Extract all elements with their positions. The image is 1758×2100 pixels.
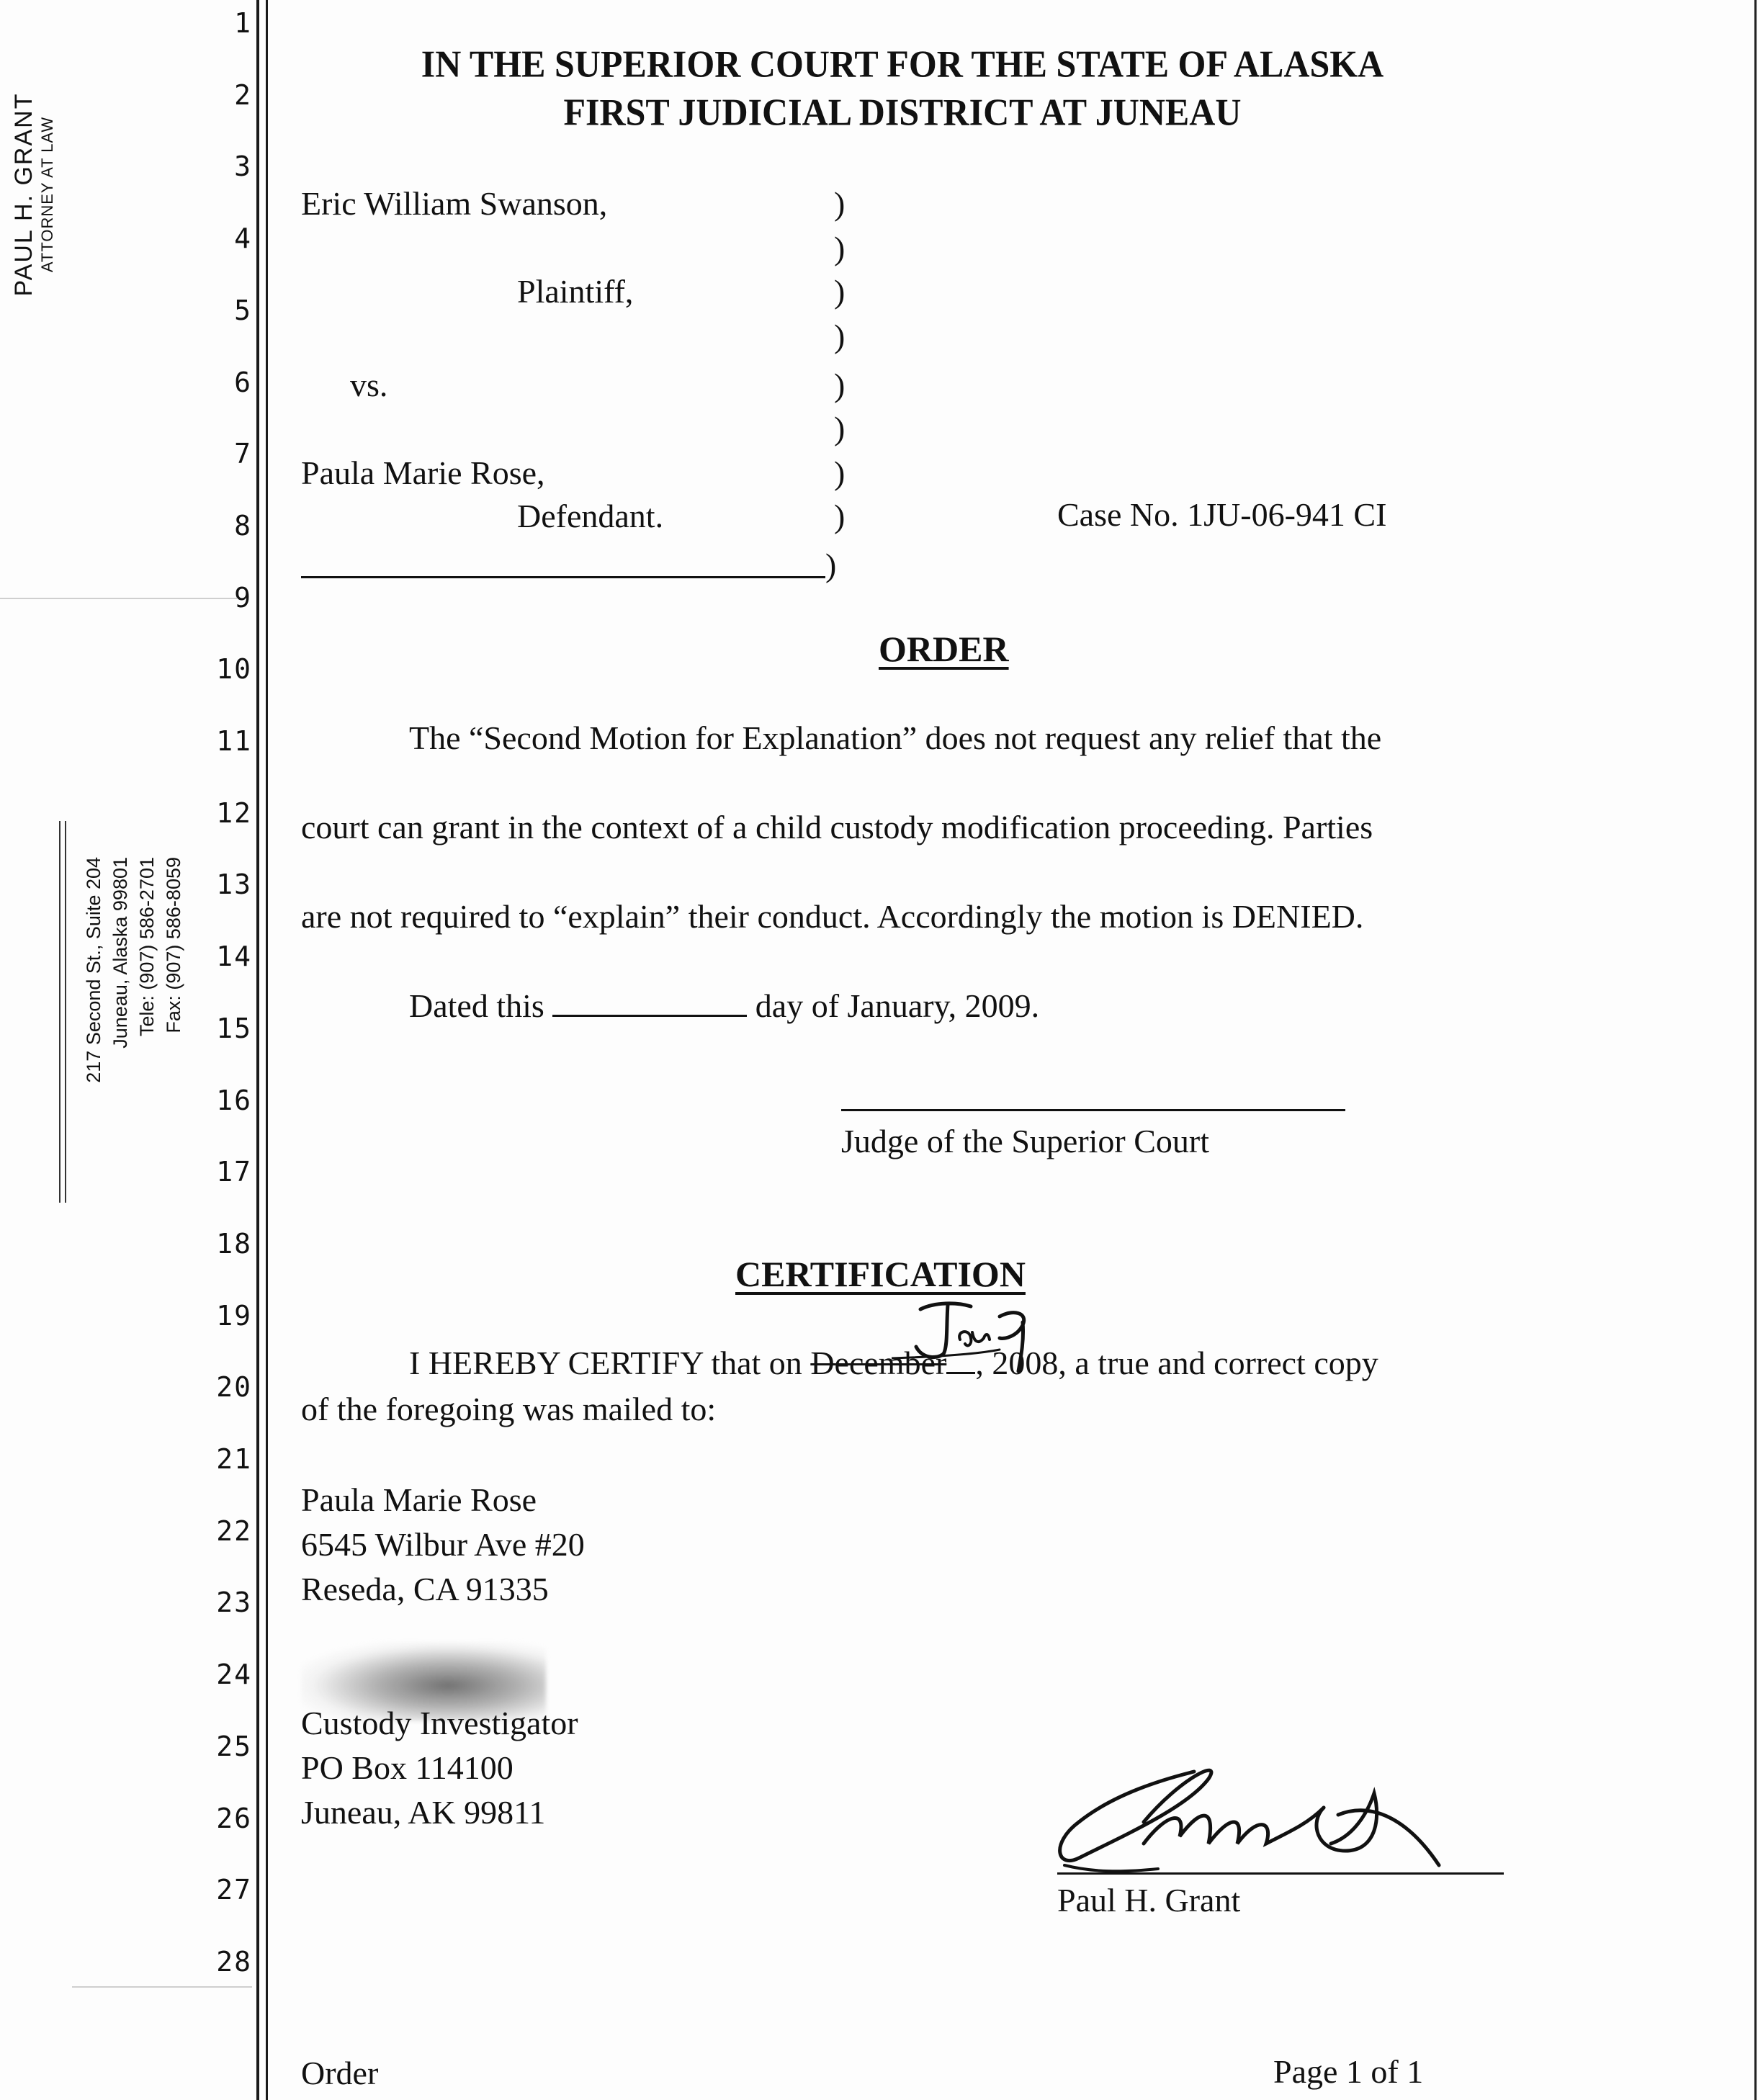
line-number: 4: [234, 223, 252, 254]
defendant-label: Defendant.: [517, 497, 663, 536]
line-number: 25: [216, 1731, 252, 1762]
court-title-line1: IN THE SUPERIOR COURT FOR THE STATE OF A…: [373, 40, 1432, 88]
plaintiff-name: Eric William Swanson,: [301, 184, 607, 223]
order-paragraph-line: The “Second Motion for Explanation” does…: [409, 719, 1381, 758]
order-heading: ORDER: [879, 628, 1009, 670]
versus: vs.: [350, 366, 387, 405]
fax-line: Fax: (907) 586-8059: [161, 857, 187, 1195]
caption-paren: ): [834, 184, 845, 223]
caption-paren: ): [834, 272, 845, 311]
line-number: 22: [216, 1515, 252, 1547]
dated-suffix: day of January, 2009.: [755, 987, 1039, 1024]
line-number: 28: [216, 1946, 252, 1978]
left-margin-rule-inner: [266, 0, 268, 2100]
judge-label: Judge of the Superior Court: [841, 1122, 1209, 1161]
certification-heading: CERTIFICATION: [735, 1253, 1026, 1295]
line-number: 1: [234, 7, 252, 39]
caption-underline: [301, 576, 825, 578]
line-number: 21: [216, 1443, 252, 1475]
court-title: IN THE SUPERIOR COURT FOR THE STATE OF A…: [373, 40, 1432, 136]
line-number: 24: [216, 1659, 252, 1690]
line-number: 3: [234, 151, 252, 182]
date-blank: [552, 989, 747, 1017]
attorney-signature-line: [1057, 1872, 1504, 1875]
line-number: 19: [216, 1300, 252, 1332]
letterhead-divider: [59, 821, 69, 1203]
line-number: 13: [216, 869, 252, 900]
caption-paren: ): [834, 229, 845, 268]
recipient-city: Reseda, CA 91335: [301, 1570, 549, 1609]
line-number: 2: [234, 79, 252, 111]
caption-paren: ): [834, 454, 845, 493]
order-paragraph-line: are not required to “explain” their cond…: [301, 897, 1363, 936]
line-number: 5: [234, 295, 252, 326]
certify-line-2: of the foregoing was mailed to:: [301, 1390, 716, 1429]
address-line: Juneau, Alaska 99801: [107, 857, 134, 1195]
signer-name: Paul H. Grant: [1057, 1881, 1240, 1920]
caption-closing-paren: ): [825, 546, 836, 585]
line-number: 6: [234, 367, 252, 398]
case-number: Case No. 1JU-06-941 CI: [1057, 495, 1386, 534]
line-number: 12: [216, 797, 252, 829]
line-number: 15: [216, 1013, 252, 1044]
dated-line: Dated this day of January, 2009.: [409, 987, 1039, 1026]
address-line: 217 Second St., Suite 204: [81, 857, 107, 1195]
line-number: 11: [216, 725, 252, 757]
dated-prefix: Dated this: [409, 987, 544, 1024]
line-number: 26: [216, 1803, 252, 1834]
attorney-signature: [1036, 1750, 1533, 1887]
plaintiff-label: Plaintiff,: [517, 272, 633, 311]
line-number: 20: [216, 1371, 252, 1403]
footer-document-title: Order: [301, 2054, 378, 2092]
caption-paren: ): [834, 366, 845, 405]
line-number: 18: [216, 1228, 252, 1260]
recipient-address: PO Box 114100: [301, 1749, 514, 1787]
recipient-city: Juneau, AK 99811: [301, 1793, 545, 1832]
line-number: 7: [234, 438, 252, 470]
line-number: 16: [216, 1085, 252, 1116]
attorney-letterhead: PAUL H. GRANT ATTORNEY AT LAW: [10, 0, 58, 389]
attorney-name: PAUL H. GRANT: [10, 0, 37, 389]
recipient-title: Custody Investigator: [301, 1704, 578, 1743]
line-number: 17: [216, 1156, 252, 1188]
caption-paren: ): [834, 317, 845, 356]
left-margin-rule-outer: [256, 0, 259, 2100]
line-number: 14: [216, 941, 252, 972]
line-number: 10: [216, 653, 252, 685]
footer-page-number: Page 1 of 1: [1273, 2052, 1423, 2091]
caption-paren: ): [834, 409, 845, 448]
right-margin-rule: [1754, 0, 1757, 2100]
attorney-address: 217 Second St., Suite 204 Juneau, Alaska…: [81, 857, 187, 1195]
recipient-address: 6545 Wilbur Ave #20: [301, 1525, 585, 1564]
phone-line: Tele: (907) 586-2701: [134, 857, 161, 1195]
line-number: 8: [234, 510, 252, 542]
line-number: 23: [216, 1587, 252, 1618]
attorney-title: ATTORNEY AT LAW: [37, 0, 58, 389]
certify-prefix: I HEREBY CERTIFY that on: [409, 1345, 802, 1381]
order-paragraph-line: court can grant in the context of a chil…: [301, 808, 1373, 847]
judge-signature-line: [841, 1109, 1345, 1111]
recipient-name: Paula Marie Rose: [301, 1481, 537, 1520]
document-page: 1234567891011121314151617181920212223242…: [0, 0, 1758, 2100]
scan-artifact: [0, 598, 238, 599]
scan-artifact: [72, 1986, 252, 1988]
defendant-name: Paula Marie Rose,: [301, 454, 545, 493]
court-title-line2: FIRST JUDICIAL DISTRICT AT JUNEAU: [373, 88, 1432, 136]
handwritten-date: [892, 1296, 1064, 1376]
line-number: 27: [216, 1874, 252, 1906]
caption-paren: ): [834, 497, 845, 536]
